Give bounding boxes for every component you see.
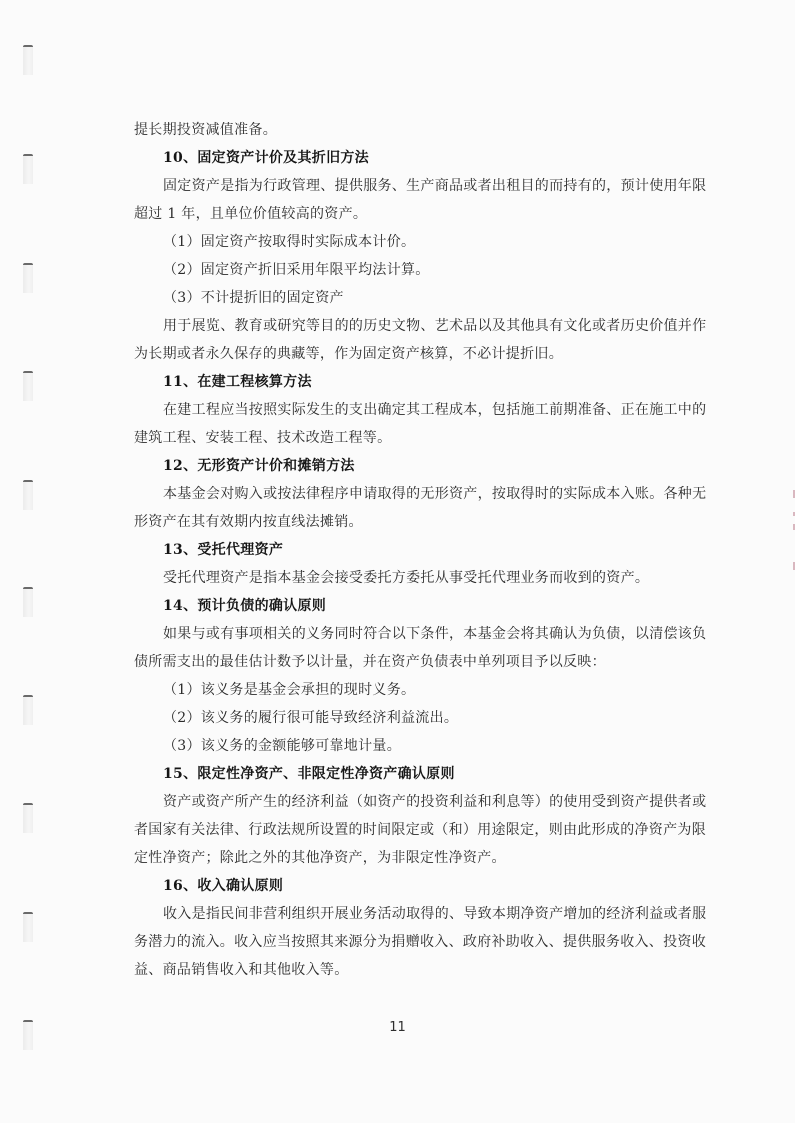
list-item: （2）固定资产折旧采用年限平均法计算。 <box>134 256 667 284</box>
binder-hole <box>23 371 33 401</box>
binder-holes <box>0 0 60 1123</box>
list-item: （1）该义务是基金会承担的现时义务。 <box>134 676 667 704</box>
paragraph-line: 定性净资产；除此之外的其他净资产，为非限定性净资产。 <box>134 844 667 872</box>
paragraph-line: 本基金会对购入或按法律程序申请取得的无形资产，按取得时的实际成本入账。各种无 <box>134 480 667 508</box>
paragraph-line: 超过 1 年，且单位价值较高的资产。 <box>134 200 667 228</box>
list-item: （3）该义务的金额能够可靠地计量。 <box>134 732 667 760</box>
binder-hole <box>23 587 33 617</box>
binder-hole <box>23 45 33 75</box>
section-heading-10: 10、固定资产计价及其折旧方法 <box>134 144 667 172</box>
paragraph-line: 为长期或者永久保存的典藏等，作为固定资产核算，不必计提折旧。 <box>134 340 667 368</box>
paragraph-line: 固定资产是指为行政管理、提供服务、生产商品或者出租目的而持有的，预计使用年限 <box>134 172 667 200</box>
paragraph-line: 务潜力的流入。收入应当按照其来源分为捐赠收入、政府补助收入、提供服务收入、投资收 <box>134 928 667 956</box>
binder-hole <box>23 154 33 184</box>
section-heading-15: 15、限定性净资产、非限定性净资产确认原则 <box>134 760 667 788</box>
binder-hole <box>23 912 33 942</box>
paragraph-line: 受托代理资产是指本基金会接受委托方委托从事受托代理业务而收到的资产。 <box>134 564 667 592</box>
binder-hole <box>23 263 33 293</box>
paragraph-line: 如果与或有事项相关的义务同时符合以下条件，本基金会将其确认为负债，以清偿该负 <box>134 620 667 648</box>
paragraph-line: 用于展览、教育或研究等目的的历史文物、艺术品以及其他具有文化或者历史价值并作 <box>134 312 667 340</box>
list-item: （1）固定资产按取得时实际成本计价。 <box>134 228 667 256</box>
paragraph-line: 建筑工程、安装工程、技术改造工程等。 <box>134 424 667 452</box>
binder-hole <box>23 803 33 833</box>
scanned-page: 提长期投资减值准备。 10、固定资产计价及其折旧方法 固定资产是指为行政管理、提… <box>0 0 795 1123</box>
binder-hole <box>23 695 33 725</box>
paragraph-line: 益、商品销售收入和其他收入等。 <box>134 956 667 984</box>
paragraph-line: 资产或资产所产生的经济利益（如资产的投资利益和利息等）的使用受到资产提供者或 <box>134 788 667 816</box>
document-body: 提长期投资减值准备。 10、固定资产计价及其折旧方法 固定资产是指为行政管理、提… <box>134 116 667 984</box>
list-item: （2）该义务的履行很可能导致经济利益流出。 <box>134 704 667 732</box>
list-item: （3）不计提折旧的固定资产 <box>134 284 667 312</box>
paragraph-line: 形资产在其有效期内按直线法摊销。 <box>134 508 667 536</box>
section-heading-11: 11、在建工程核算方法 <box>134 368 667 396</box>
page-number: 11 <box>0 1020 795 1035</box>
section-heading-12: 12、无形资产计价和摊销方法 <box>134 452 667 480</box>
binder-hole <box>23 480 33 510</box>
paragraph-line: 收入是指民间非营利组织开展业务活动取得的、导致本期净资产增加的经济利益或者服 <box>134 900 667 928</box>
scan-edge-marks <box>791 490 795 580</box>
section-heading-13: 13、受托代理资产 <box>134 536 667 564</box>
paragraph-line: 提长期投资减值准备。 <box>134 116 667 144</box>
paragraph-line: 者国家有关法律、行政法规所设置的时间限定或（和）用途限定，则由此形成的净资产为限 <box>134 816 667 844</box>
section-heading-16: 16、收入确认原则 <box>134 872 667 900</box>
paragraph-line: 在建工程应当按照实际发生的支出确定其工程成本，包括施工前期准备、正在施工中的 <box>134 396 667 424</box>
section-heading-14: 14、预计负债的确认原则 <box>134 592 667 620</box>
paragraph-line: 债所需支出的最佳估计数予以计量，并在资产负债表中单列项目予以反映： <box>134 648 667 676</box>
